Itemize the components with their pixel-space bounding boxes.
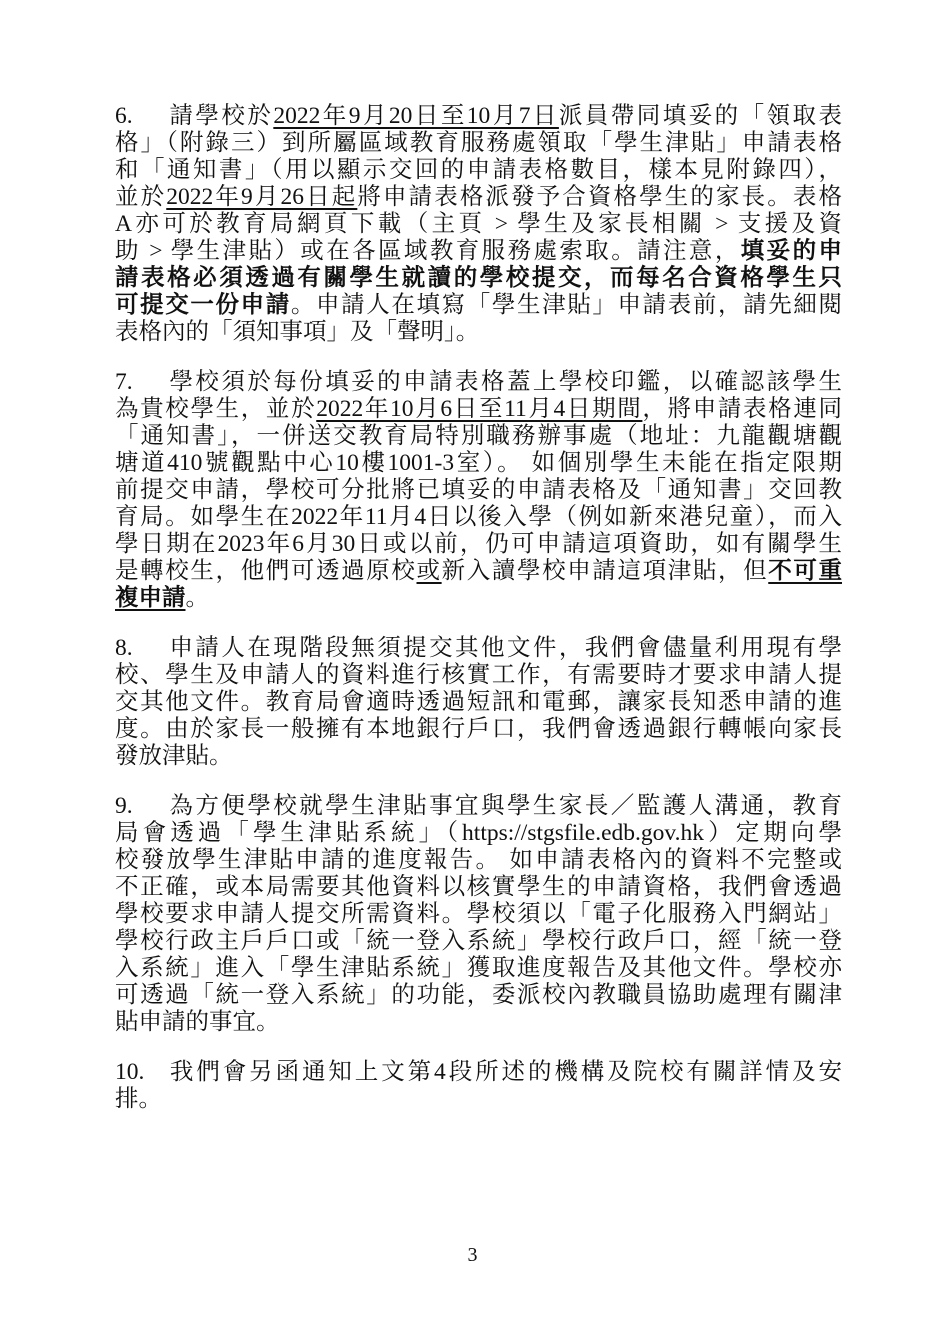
underlined-text: 2022年10月6日至11月4日期間: [316, 396, 642, 422]
page-number: 3: [0, 1243, 945, 1267]
text-line: 可提交一份申請。申請人在填寫「學生津貼」申請表前，請先細閱: [115, 292, 842, 319]
text-line: 是轉校生，他們可透過原校或新入讀學校申請這項津貼，但不可重: [115, 558, 842, 585]
text-line: 排。: [115, 1086, 842, 1113]
text-line: 局會透過「學生津貼系統」（https://stgsfile.edb.gov.hk…: [115, 820, 842, 847]
text-line: 交其他文件。教育局會適時透過短訊和電郵，讓家長知悉申請的進: [115, 689, 842, 716]
paragraph-number: 6.: [115, 103, 167, 130]
underlined-text: 或: [417, 558, 442, 584]
text-run: 貼申請的事宜。: [115, 1009, 280, 1035]
text-run: 表格內的「須知事項」及「聲明」。: [115, 319, 479, 345]
text-line: 塘道410號觀點中心10樓1001-3室）。 如個別學生未能在指定限期: [115, 450, 842, 477]
emphasis-bold-underline: 不可重: [768, 558, 842, 584]
text-run: A亦可於教育局網頁下載（主頁 > 學生及家長相關 > 支援及資: [115, 211, 842, 237]
text-run: 局會透過「學生津貼系統」（https://stgsfile.edb.gov.hk…: [115, 820, 842, 846]
text-run: 為方便學校就學生津貼事宜與學生家長／監護人溝通，教育: [167, 793, 842, 819]
text-run: 不正確，或本局需要其他資料以核實學生的申請資格，我們會透過: [115, 874, 842, 900]
text-line: 助 > 學生津貼）或在各區域教育服務處索取。請注意，填妥的申: [115, 238, 842, 265]
text-line: 學校行政主戶戶口或「統一登入系統」學校行政戶口，經「統一登: [115, 928, 842, 955]
paragraph-number: 8.: [115, 635, 167, 662]
emphasis-bold: 填妥的申: [741, 238, 842, 264]
underlined-text: 2022年9月20日至10月7日: [273, 103, 559, 129]
text-line: 發放津貼。: [115, 743, 842, 770]
paragraph-8: 8.申請人在現階段無須提交其他文件，我們會儘量利用現有學校、學生及申請人的資料進…: [115, 635, 842, 770]
text-line: 7.學校須於每份填妥的申請表格蓋上學校印鑑，以確認該學生: [115, 369, 842, 396]
text-line: 學校要求申請人提交所需資料。學校須以「電子化服務入門網站」: [115, 901, 842, 928]
underlined-text: 2022年9月26日起: [166, 184, 357, 210]
document-body: 6.請學校於2022年9月20日至10月7日派員帶同填妥的「領取表格」（附錄三）…: [115, 103, 842, 1136]
text-run: 學校要求申請人提交所需資料。學校須以「電子化服務入門網站」: [115, 901, 842, 927]
text-run: 學校須於每份填妥的申請表格蓋上學校印鑑，以確認該學生: [167, 369, 842, 395]
paragraph-10: 10.我們會另函通知上文第4段所述的機構及院校有關詳情及安排。: [115, 1059, 842, 1113]
text-run: 助 > 學生津貼）或在各區域教育服務處索取。請注意，: [115, 238, 741, 264]
text-run: 校發放學生津貼申請的進度報告。 如申請表格內的資料不完整或: [115, 847, 842, 873]
text-line: 表格內的「須知事項」及「聲明」。: [115, 319, 842, 346]
paragraph-7: 7.學校須於每份填妥的申請表格蓋上學校印鑑，以確認該學生為貴校學生，並於2022…: [115, 369, 842, 612]
text-line: 入系統」進入「學生津貼系統」獲取進度報告及其他文件。學校亦: [115, 955, 842, 982]
text-run: 育局。如學生在2022年11月4日以後入學（例如新來港兒童），而入: [115, 504, 842, 530]
text-run: 排。: [115, 1086, 162, 1112]
text-run: 請學校於: [167, 103, 273, 129]
text-run: 。申請人在填寫「學生津貼」申請表前，請先細閱: [291, 292, 842, 318]
text-line: 不正確，或本局需要其他資料以核實學生的申請資格，我們會透過: [115, 874, 842, 901]
text-run: 並於: [115, 184, 166, 210]
text-run: 和「通知書」（用以顯示交回的申請表格數目，樣本見附錄四），: [115, 157, 842, 183]
text-line: 為貴校學生，並於2022年10月6日至11月4日期間，將申請表格連同: [115, 396, 842, 423]
text-run: 「通知書」，一併送交教育局特別職務辦事處（地址：九龍觀塘觀: [115, 423, 842, 449]
text-line: 育局。如學生在2022年11月4日以後入學（例如新來港兒童），而入: [115, 504, 842, 531]
emphasis-bold-underline: 複申請: [115, 585, 186, 611]
text-run: 校、學生及申請人的資料進行核實工作，有需要時才要求申請人提: [115, 662, 842, 688]
text-line: 格」（附錄三）到所屬區域教育服務處領取「學生津貼」申請表格: [115, 130, 842, 157]
text-line: 10.我們會另函通知上文第4段所述的機構及院校有關詳情及安: [115, 1059, 842, 1086]
emphasis-bold: 請表格必須透過有關學生就讀的學校提交，而每名合資格學生只: [115, 265, 842, 291]
text-run: 。: [186, 585, 210, 611]
text-line: 校發放學生津貼申請的進度報告。 如申請表格內的資料不完整或: [115, 847, 842, 874]
text-line: 學日期在2023年6月30日或以前，仍可申請這項資助，如有關學生: [115, 531, 842, 558]
text-line: 可透過「統一登入系統」的功能，委派校內教職員協助處理有關津: [115, 982, 842, 1009]
text-line: A亦可於教育局網頁下載（主頁 > 學生及家長相關 > 支援及資: [115, 211, 842, 238]
text-run: 新入讀學校申請這項津貼，但: [442, 558, 769, 584]
text-run: 是轉校生，他們可透過原校: [115, 558, 417, 584]
text-run: 度。由於家長一般擁有本地銀行戶口，我們會透過銀行轉帳向家長: [115, 716, 842, 742]
text-line: 度。由於家長一般擁有本地銀行戶口，我們會透過銀行轉帳向家長: [115, 716, 842, 743]
text-line: 校、學生及申請人的資料進行核實工作，有需要時才要求申請人提: [115, 662, 842, 689]
text-line: 請表格必須透過有關學生就讀的學校提交，而每名合資格學生只: [115, 265, 842, 292]
emphasis-bold: 可提交一份申請: [115, 292, 291, 318]
paragraph-number: 9.: [115, 793, 167, 820]
text-run: 發放津貼。: [115, 743, 233, 769]
text-line: 6.請學校於2022年9月20日至10月7日派員帶同填妥的「領取表: [115, 103, 842, 130]
document-page: { "page": { "number_label": "3" }, "docu…: [0, 0, 945, 1336]
paragraph-number: 10.: [115, 1059, 167, 1086]
text-line: 「通知書」，一併送交教育局特別職務辦事處（地址：九龍觀塘觀: [115, 423, 842, 450]
text-run: 派員帶同填妥的「領取表: [559, 103, 842, 129]
text-line: 和「通知書」（用以顯示交回的申請表格數目，樣本見附錄四），: [115, 157, 842, 184]
text-run: 為貴校學生，並於: [115, 396, 316, 422]
text-line: 前提交申請，學校可分批將已填妥的申請表格及「通知書」交回教: [115, 477, 842, 504]
text-run: 交其他文件。教育局會適時透過短訊和電郵，讓家長知悉申請的進: [115, 689, 842, 715]
paragraph-9: 9.為方便學校就學生津貼事宜與學生家長／監護人溝通，教育局會透過「學生津貼系統」…: [115, 793, 842, 1036]
text-run: 格」（附錄三）到所屬區域教育服務處領取「學生津貼」申請表格: [115, 130, 842, 156]
text-run: 前提交申請，學校可分批將已填妥的申請表格及「通知書」交回教: [115, 477, 842, 503]
text-run: 申請人在現階段無須提交其他文件，我們會儘量利用現有學: [167, 635, 842, 661]
paragraph-number: 7.: [115, 369, 167, 396]
text-run: 可透過「統一登入系統」的功能，委派校內教職員協助處理有關津: [115, 982, 842, 1008]
text-run: 我們會另函通知上文第4段所述的機構及院校有關詳情及安: [167, 1059, 842, 1085]
text-line: 複申請。: [115, 585, 842, 612]
text-run: 塘道410號觀點中心10樓1001-3室）。 如個別學生未能在指定限期: [115, 450, 842, 476]
text-line: 貼申請的事宜。: [115, 1009, 842, 1036]
text-run: 學日期在2023年6月30日或以前，仍可申請這項資助，如有關學生: [115, 531, 842, 557]
text-run: ，將申請表格連同: [642, 396, 842, 422]
text-run: 將申請表格派發予合資格學生的家長。表格: [357, 184, 842, 210]
text-run: 入系統」進入「學生津貼系統」獲取進度報告及其他文件。學校亦: [115, 955, 842, 981]
text-run: 學校行政主戶戶口或「統一登入系統」學校行政戶口，經「統一登: [115, 928, 842, 954]
text-line: 9.為方便學校就學生津貼事宜與學生家長／監護人溝通，教育: [115, 793, 842, 820]
text-line: 8.申請人在現階段無須提交其他文件，我們會儘量利用現有學: [115, 635, 842, 662]
text-line: 並於2022年9月26日起將申請表格派發予合資格學生的家長。表格: [115, 184, 842, 211]
paragraph-6: 6.請學校於2022年9月20日至10月7日派員帶同填妥的「領取表格」（附錄三）…: [115, 103, 842, 346]
